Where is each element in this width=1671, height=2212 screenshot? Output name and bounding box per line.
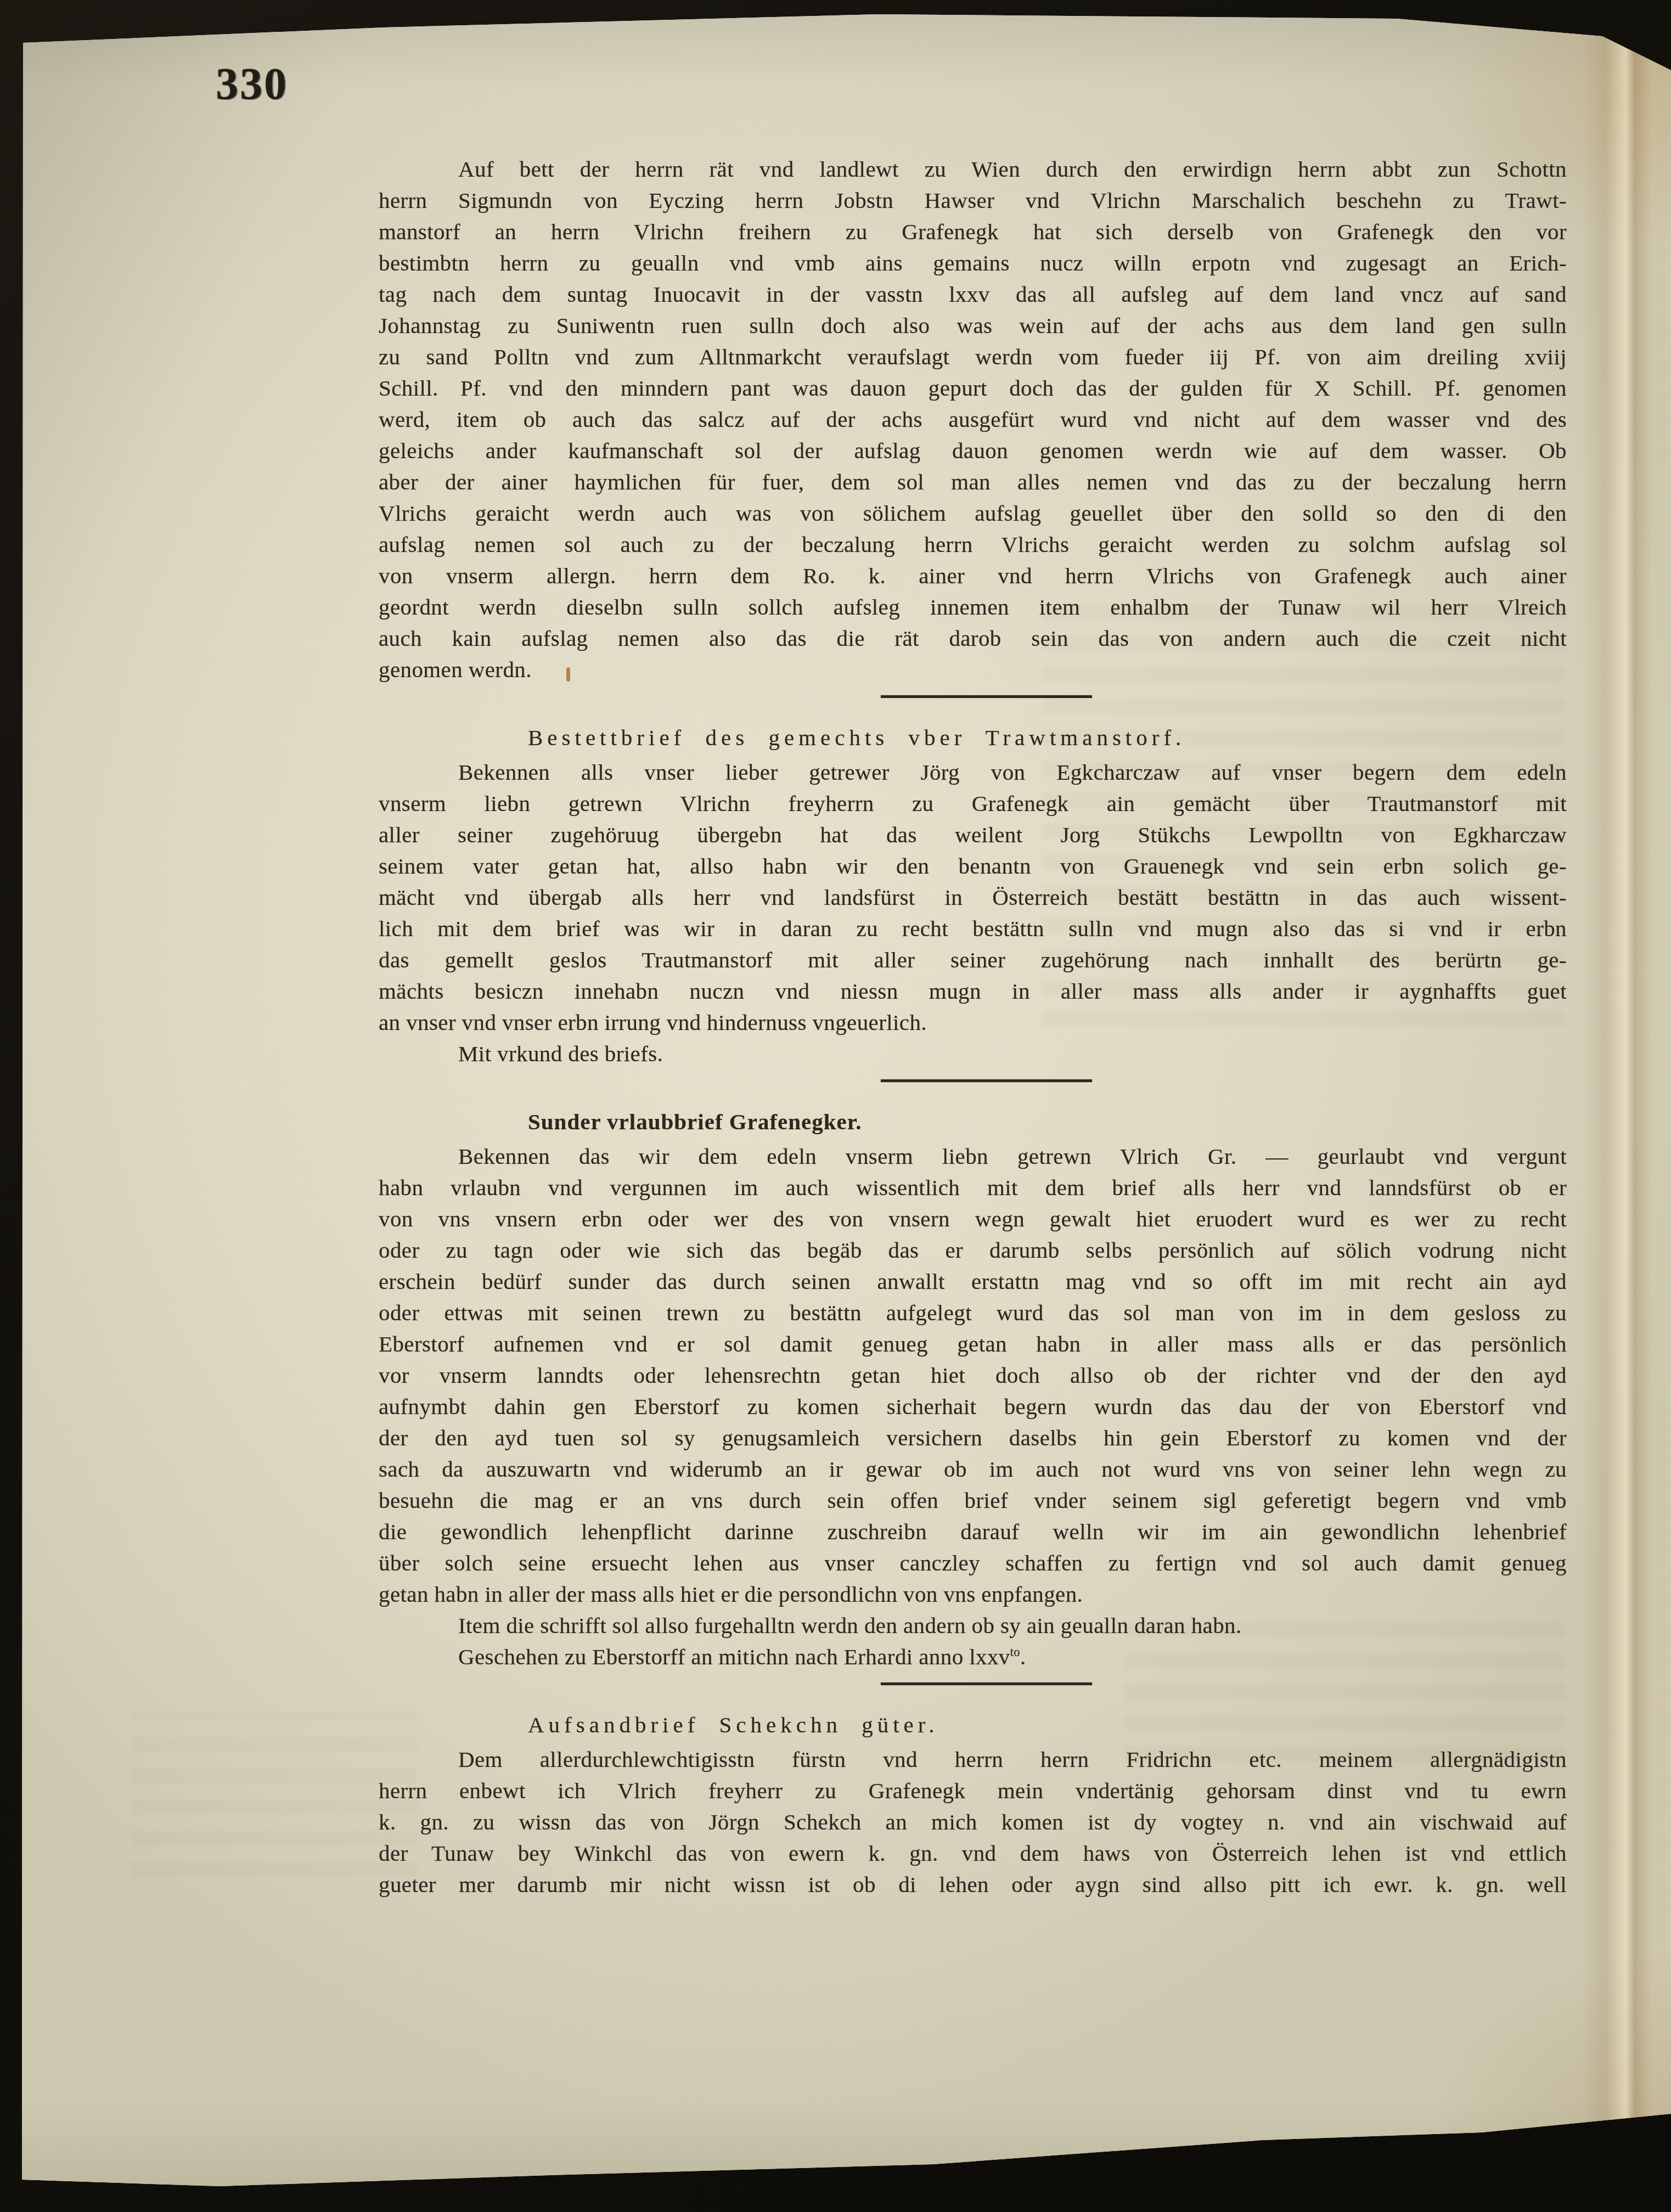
- text-column: Auf bett der herrn rät vnd landlewt zu W…: [379, 154, 1567, 1900]
- text-line: manstorf an herrn Vlrichn freihern zu Gr…: [379, 216, 1567, 247]
- text-line: an vnser vnd vnser erbn irrung vnd hinde…: [379, 1007, 1567, 1038]
- text-line: tag nach dem suntag Inuocavit in der vas…: [379, 279, 1567, 310]
- text-line: Bekennen alls vnser lieber getrewer Jörg…: [379, 757, 1567, 788]
- book-page: 330 Auf bett der herrn rät vnd landlewt …: [0, 0, 1671, 2212]
- text-line: von vns vnsern erbn oder wer des von vns…: [379, 1203, 1567, 1235]
- document-heading: Bestettbrief des gemechts vber Trawtmans…: [379, 722, 1567, 753]
- text-line: Eberstorf aufnemen vnd er sol damit genu…: [379, 1329, 1567, 1360]
- superscript: to: [1010, 1645, 1020, 1659]
- text-line: über solch seine ersuecht lehen aus vnse…: [379, 1547, 1567, 1579]
- text-line: lich mit dem brief was wir in daran zu r…: [379, 913, 1567, 944]
- text-line: Johannstag zu Suniwentn ruen sulln doch …: [379, 310, 1567, 341]
- text-line: von vnserm allergn. herrn dem Ro. k. ain…: [379, 560, 1567, 592]
- text-line: habn vrlaubn vnd vergunnen im auch wisse…: [379, 1172, 1567, 1203]
- text-line: vnserm liebn getrewn Vlrichn freyherrn z…: [379, 788, 1567, 819]
- text-line: geleichs ander kaufmanschaft sol der auf…: [379, 435, 1567, 466]
- text-line: geordnt werdn dieselbn sulln sollch aufs…: [379, 592, 1567, 623]
- section-divider: [881, 1682, 1092, 1685]
- page-number: 330: [216, 58, 288, 110]
- fore-edge-crease: [1580, 0, 1671, 2212]
- text-line: werd, item ob auch das salcz auf der ach…: [379, 404, 1567, 435]
- text-line: das gemellt geslos Trautmanstorf mit all…: [379, 944, 1567, 976]
- text-line: Dem allerdurchlewchtigisstn fürstn vnd h…: [379, 1744, 1567, 1775]
- text-line: Geschehen zu Eberstorff an mitichn nach …: [379, 1641, 1567, 1673]
- text-line: der Tunaw bey Winkchl das von ewern k. g…: [379, 1838, 1567, 1869]
- text-line: Vlrichs geraicht werdn auch was von söli…: [379, 498, 1567, 529]
- text-line: sach da auszuwartn vnd widerumb an ir ge…: [379, 1454, 1567, 1485]
- text-line: auch kain aufslag nemen also das die rät…: [379, 623, 1567, 654]
- text-line: Schill. Pf. vnd den minndern pant was da…: [379, 373, 1567, 404]
- document-heading: Sunder vrlaubbrief Grafenegker.: [379, 1106, 1567, 1138]
- text-line: oder zu tagn oder wie sich das begäb das…: [379, 1235, 1567, 1266]
- text-line: vor vnserm lanndts oder lehensrechtn get…: [379, 1360, 1567, 1391]
- section-divider: [881, 695, 1092, 698]
- text-line: aufslag nemen sol auch zu der beczalung …: [379, 529, 1567, 560]
- text-line: gueter mer darumb mir nicht wissn ist ob…: [379, 1869, 1567, 1900]
- text-line: genomen werdn.: [379, 654, 1567, 685]
- section-divider: [881, 1079, 1092, 1082]
- text-line: Item die schrifft sol allso furgehalltn …: [379, 1610, 1567, 1641]
- text-line: aller seiner zugehöruug übergebn hat das…: [379, 819, 1567, 851]
- text-line: Bekennen das wir dem edeln vnserm liebn …: [379, 1141, 1567, 1172]
- text-line: die gewondlich lehenpflicht darinne zusc…: [379, 1516, 1567, 1547]
- text-line: Mit vrkund des briefs.: [379, 1038, 1567, 1070]
- bleedthrough-text: [132, 1712, 417, 1877]
- text-line: seinem vater getan hat, allso habn wir d…: [379, 851, 1567, 882]
- text-line: zu sand Polltn vnd zum Alltnmarkcht vera…: [379, 341, 1567, 373]
- scan-background: 330 Auf bett der herrn rät vnd landlewt …: [0, 0, 1671, 2212]
- text-line: herrn Sigmundn von Eyczing herrn Jobstn …: [379, 185, 1567, 216]
- text-line: oder ettwas mit seinen trewn zu bestättn…: [379, 1297, 1567, 1329]
- text-line: herrn enbewt ich Vlrich freyherr zu Graf…: [379, 1775, 1567, 1806]
- document-heading: Aufsandbrief Schekchn güter.: [379, 1709, 1567, 1741]
- text-line: getan habn in aller der mass alls hiet e…: [379, 1579, 1567, 1610]
- text-line: Auf bett der herrn rät vnd landlewt zu W…: [379, 154, 1567, 185]
- text-line: besuehn die mag er an vns durch sein off…: [379, 1485, 1567, 1516]
- text-line: erschein bedürf sunder das durch seinen …: [379, 1266, 1567, 1297]
- text-line: mächts besiczn innehabn nuczn vnd niessn…: [379, 976, 1567, 1007]
- text-line: aufnymbt dahin gen Eberstorf zu komen si…: [379, 1391, 1567, 1422]
- text-line: der den ayd tuen sol sy genugsamleich ve…: [379, 1422, 1567, 1454]
- text-line: mächt vnd übergab alls herr vnd landsfür…: [379, 882, 1567, 913]
- text-line: aber der ainer haymlichen für fuer, dem …: [379, 466, 1567, 498]
- text-line: bestimbtn herrn zu geualln vnd vmb ains …: [379, 247, 1567, 279]
- text-line: k. gn. zu wissn das von Jörgn Schekch an…: [379, 1806, 1567, 1838]
